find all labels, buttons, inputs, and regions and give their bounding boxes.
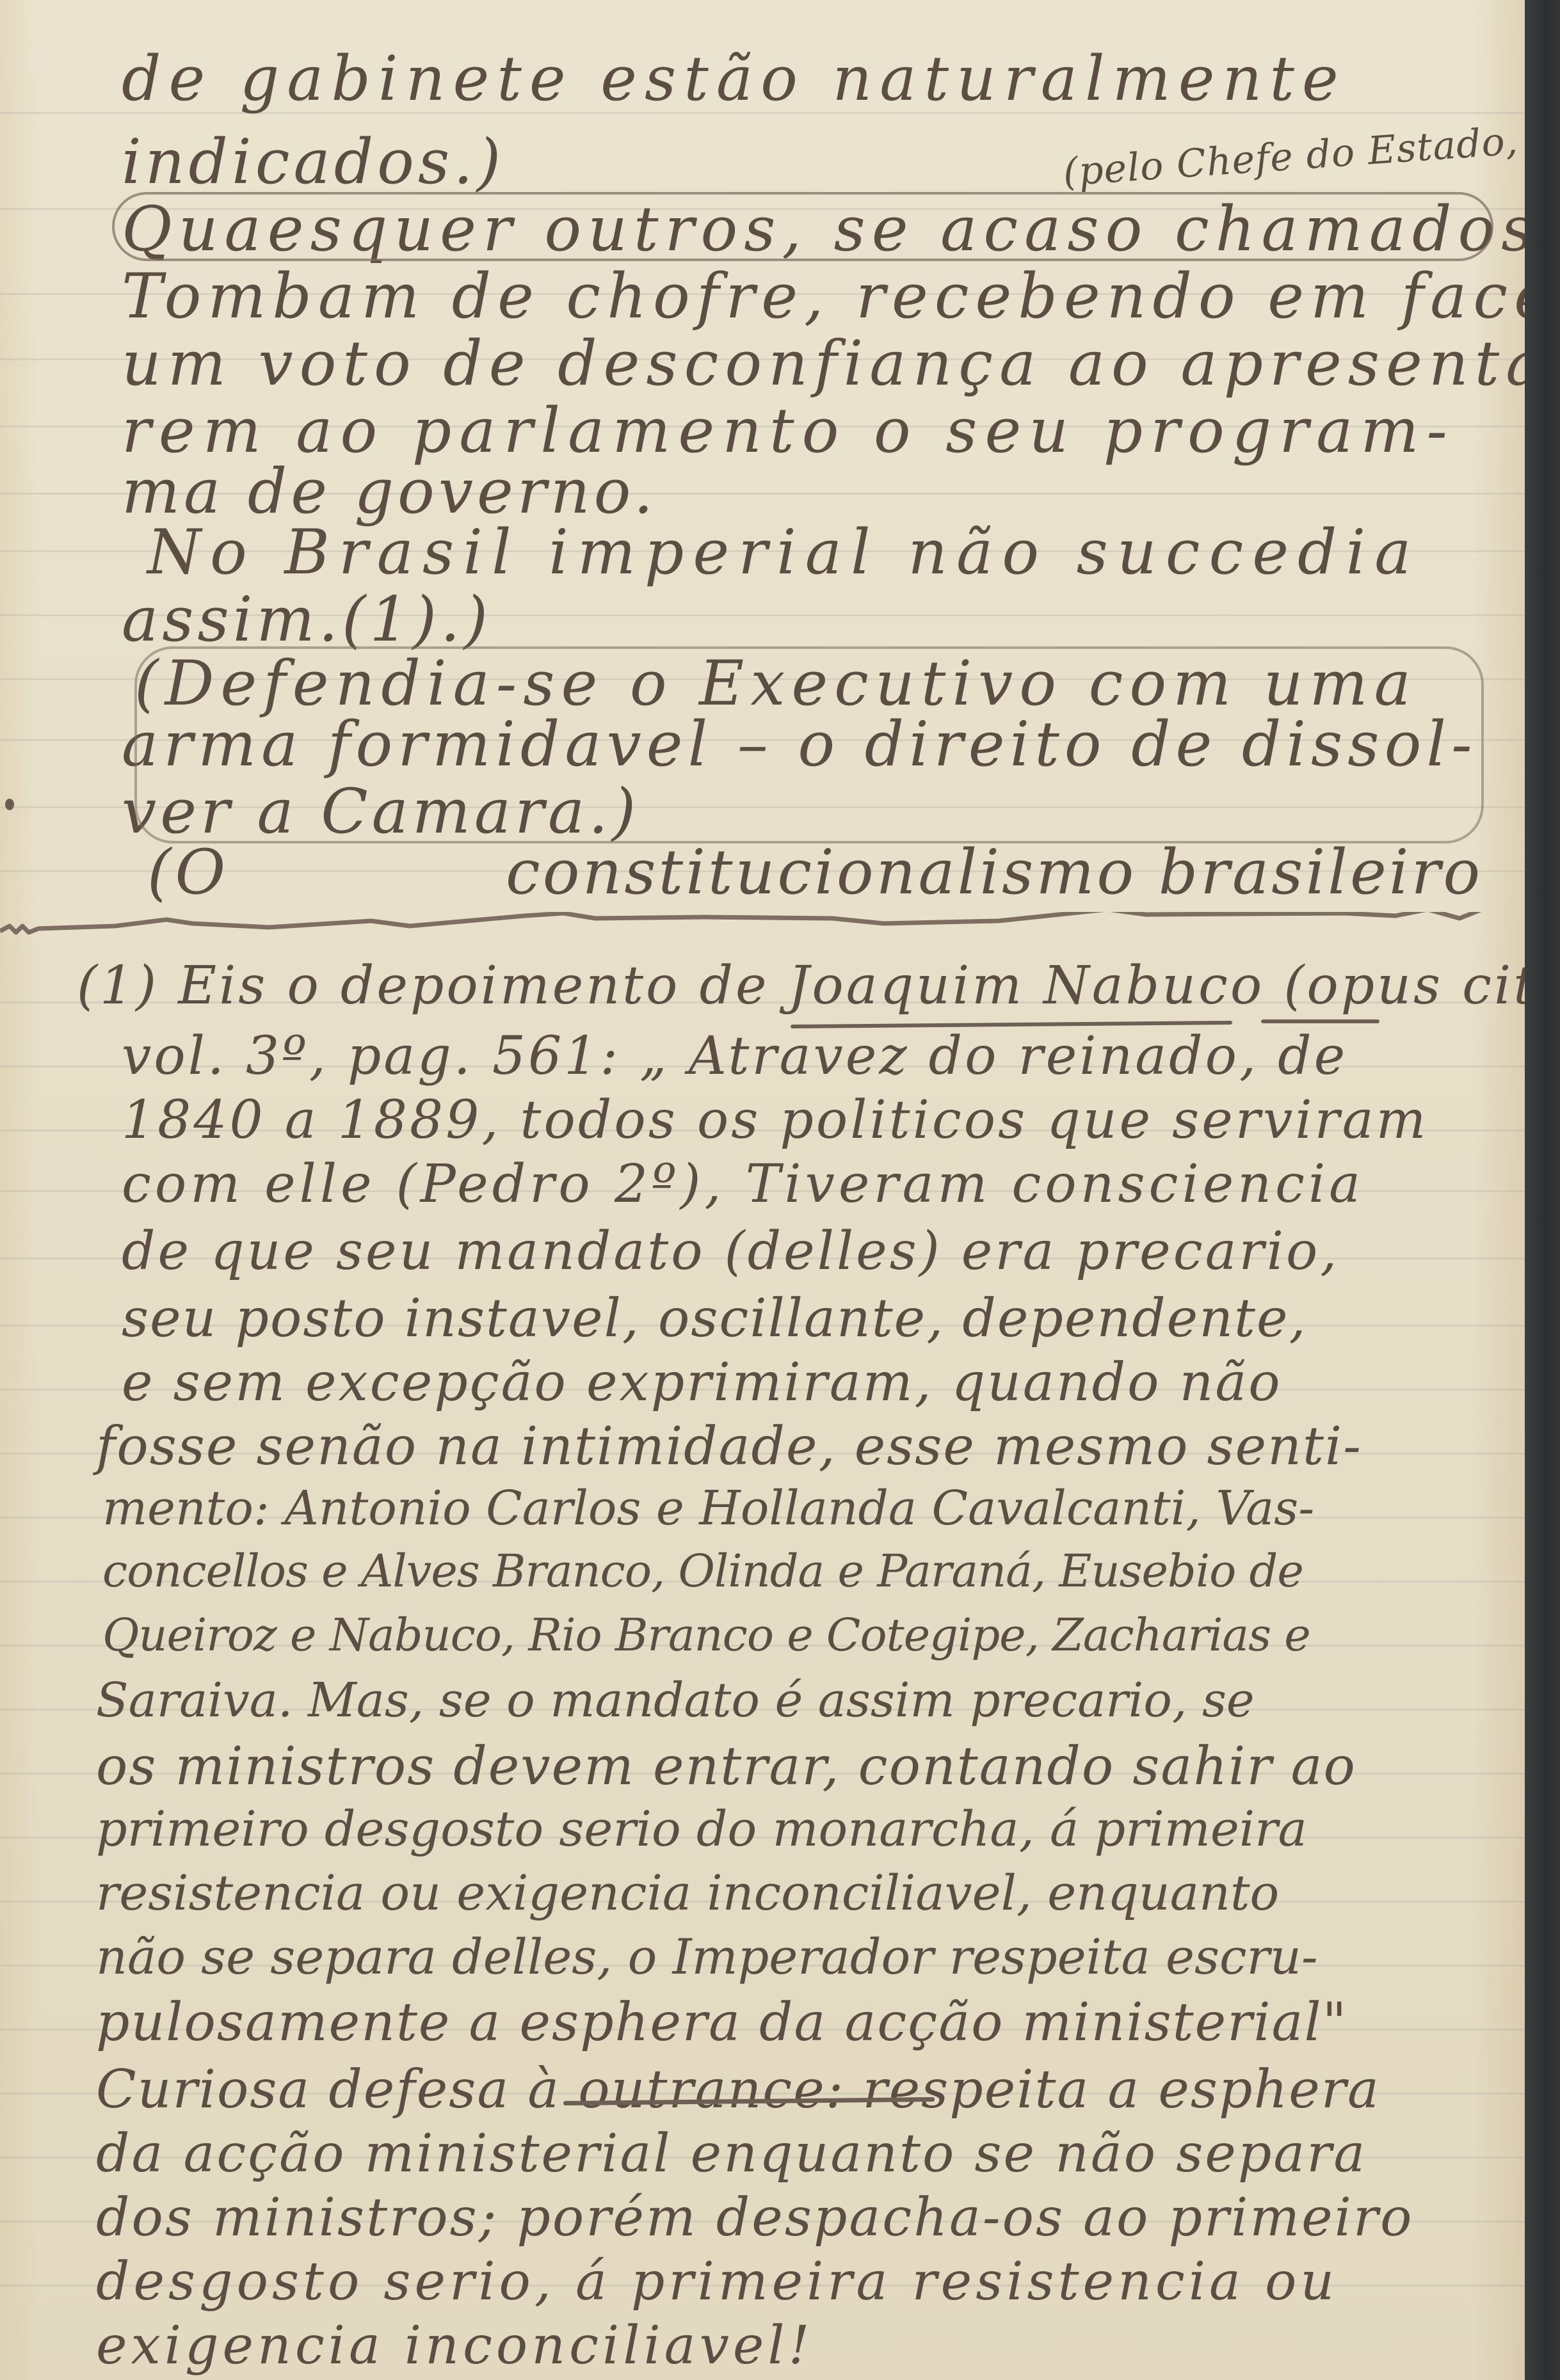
underline-opus [1261,1019,1379,1023]
body-line-3: Quaesquer outros, se acaso chamados) [122,198,1560,260]
body-line-14: constitucionalismo brasileiro [506,842,1483,903]
body-line-1: de gabinete estão naturalmente [122,48,1346,109]
footnote-line-3: 1840 a 1889, todos os politicos que serv… [122,1094,1428,1147]
body-line-9: assim.(1).) [122,589,492,650]
footnote-line-16: não se separa delles, o Imperador respei… [96,1933,1318,1981]
body-line-7: ma de governo. [122,461,657,522]
footnote-line-12: Saraiva. Mas, se o mandato é assim preca… [96,1677,1255,1724]
body-line-5: um voto de desconfiança ao apresenta- [122,333,1560,394]
footnote-line-22: exigencia inconciliavel! [96,2320,814,2372]
footnote-text: (1) Eis o depoimento de Joaquim Nabuco (… [77,955,1560,1016]
body-line-10: (Defendia-se o Executivo com uma [134,653,1417,714]
footnote-line-21: desgosto serio, á primeira resistencia o… [96,2256,1338,2308]
footnote-line-15: resistencia ou exigencia inconciliavel, … [96,1869,1279,1917]
footnote-line-2: vol. 3º, pag. 561: „ Atravez do reinado,… [122,1030,1347,1083]
footnote-line-20: dos ministros; porém despacha-os ao prim… [96,2192,1413,2244]
footnote-line-5: de que seu mandato (delles) era precario… [122,1226,1339,1278]
footnote-line-13: os ministros devem entrar, contando sahi… [96,1741,1356,1793]
footnote-separator [0,912,1498,938]
marginal-insert: (pelo Chefe do Estado, [1062,122,1520,192]
body-line-12: ver a Camara.) [122,781,639,842]
body-line-11: arma formidavel – o direito de dissol- [122,714,1477,775]
book-binding-edge [1525,0,1560,2380]
body-line-6: rem ao parlamento o seu program- [122,400,1455,461]
footnote-line-7: e sem excepção exprimiram, quando não [122,1357,1282,1409]
footnote-line-11: Queiroz e Nabuco, Rio Branco e Cotegipe,… [102,1613,1310,1657]
footnote-line-18: Curiosa defesa à outrance: respeita a es… [96,2064,1380,2116]
footnote-line-6: seu posto instavel, oscillante, dependen… [122,1293,1307,1345]
footnote-line-10: concellos e Alves Branco, Olinda e Paran… [102,1549,1303,1593]
body-line-13: (O [147,842,229,903]
body-line-8: No Brasil imperial não succedia [147,522,1420,583]
footnote-line-19: da acção ministerial enquanto se não sep… [96,2128,1367,2180]
body-line-4: Tombam de chofre, recebendo em face [122,266,1557,327]
footnote-line-9: mento: Antonio Carlos e Hollanda Cavalca… [102,1485,1314,1532]
manuscript-page: de gabinete estão naturalmente indicados… [0,0,1525,2380]
footnote-line-8: fosse senão na intimidade, esse mesmo se… [96,1421,1362,1473]
footnote-line-14: primeiro desgosto serio do monarcha, á p… [96,1805,1307,1853]
footnote-line-17: pulosamente a esphera da acção ministeri… [96,1997,1347,2049]
body-line-2: indicados.) [122,131,504,193]
footnote-line-1: (1) Eis o depoimento de Joaquim Nabuco (… [77,960,1560,1012]
footnote-line-4: com elle (Pedro 2º), Tiveram consciencia [122,1158,1364,1211]
ink-spot [5,799,14,810]
